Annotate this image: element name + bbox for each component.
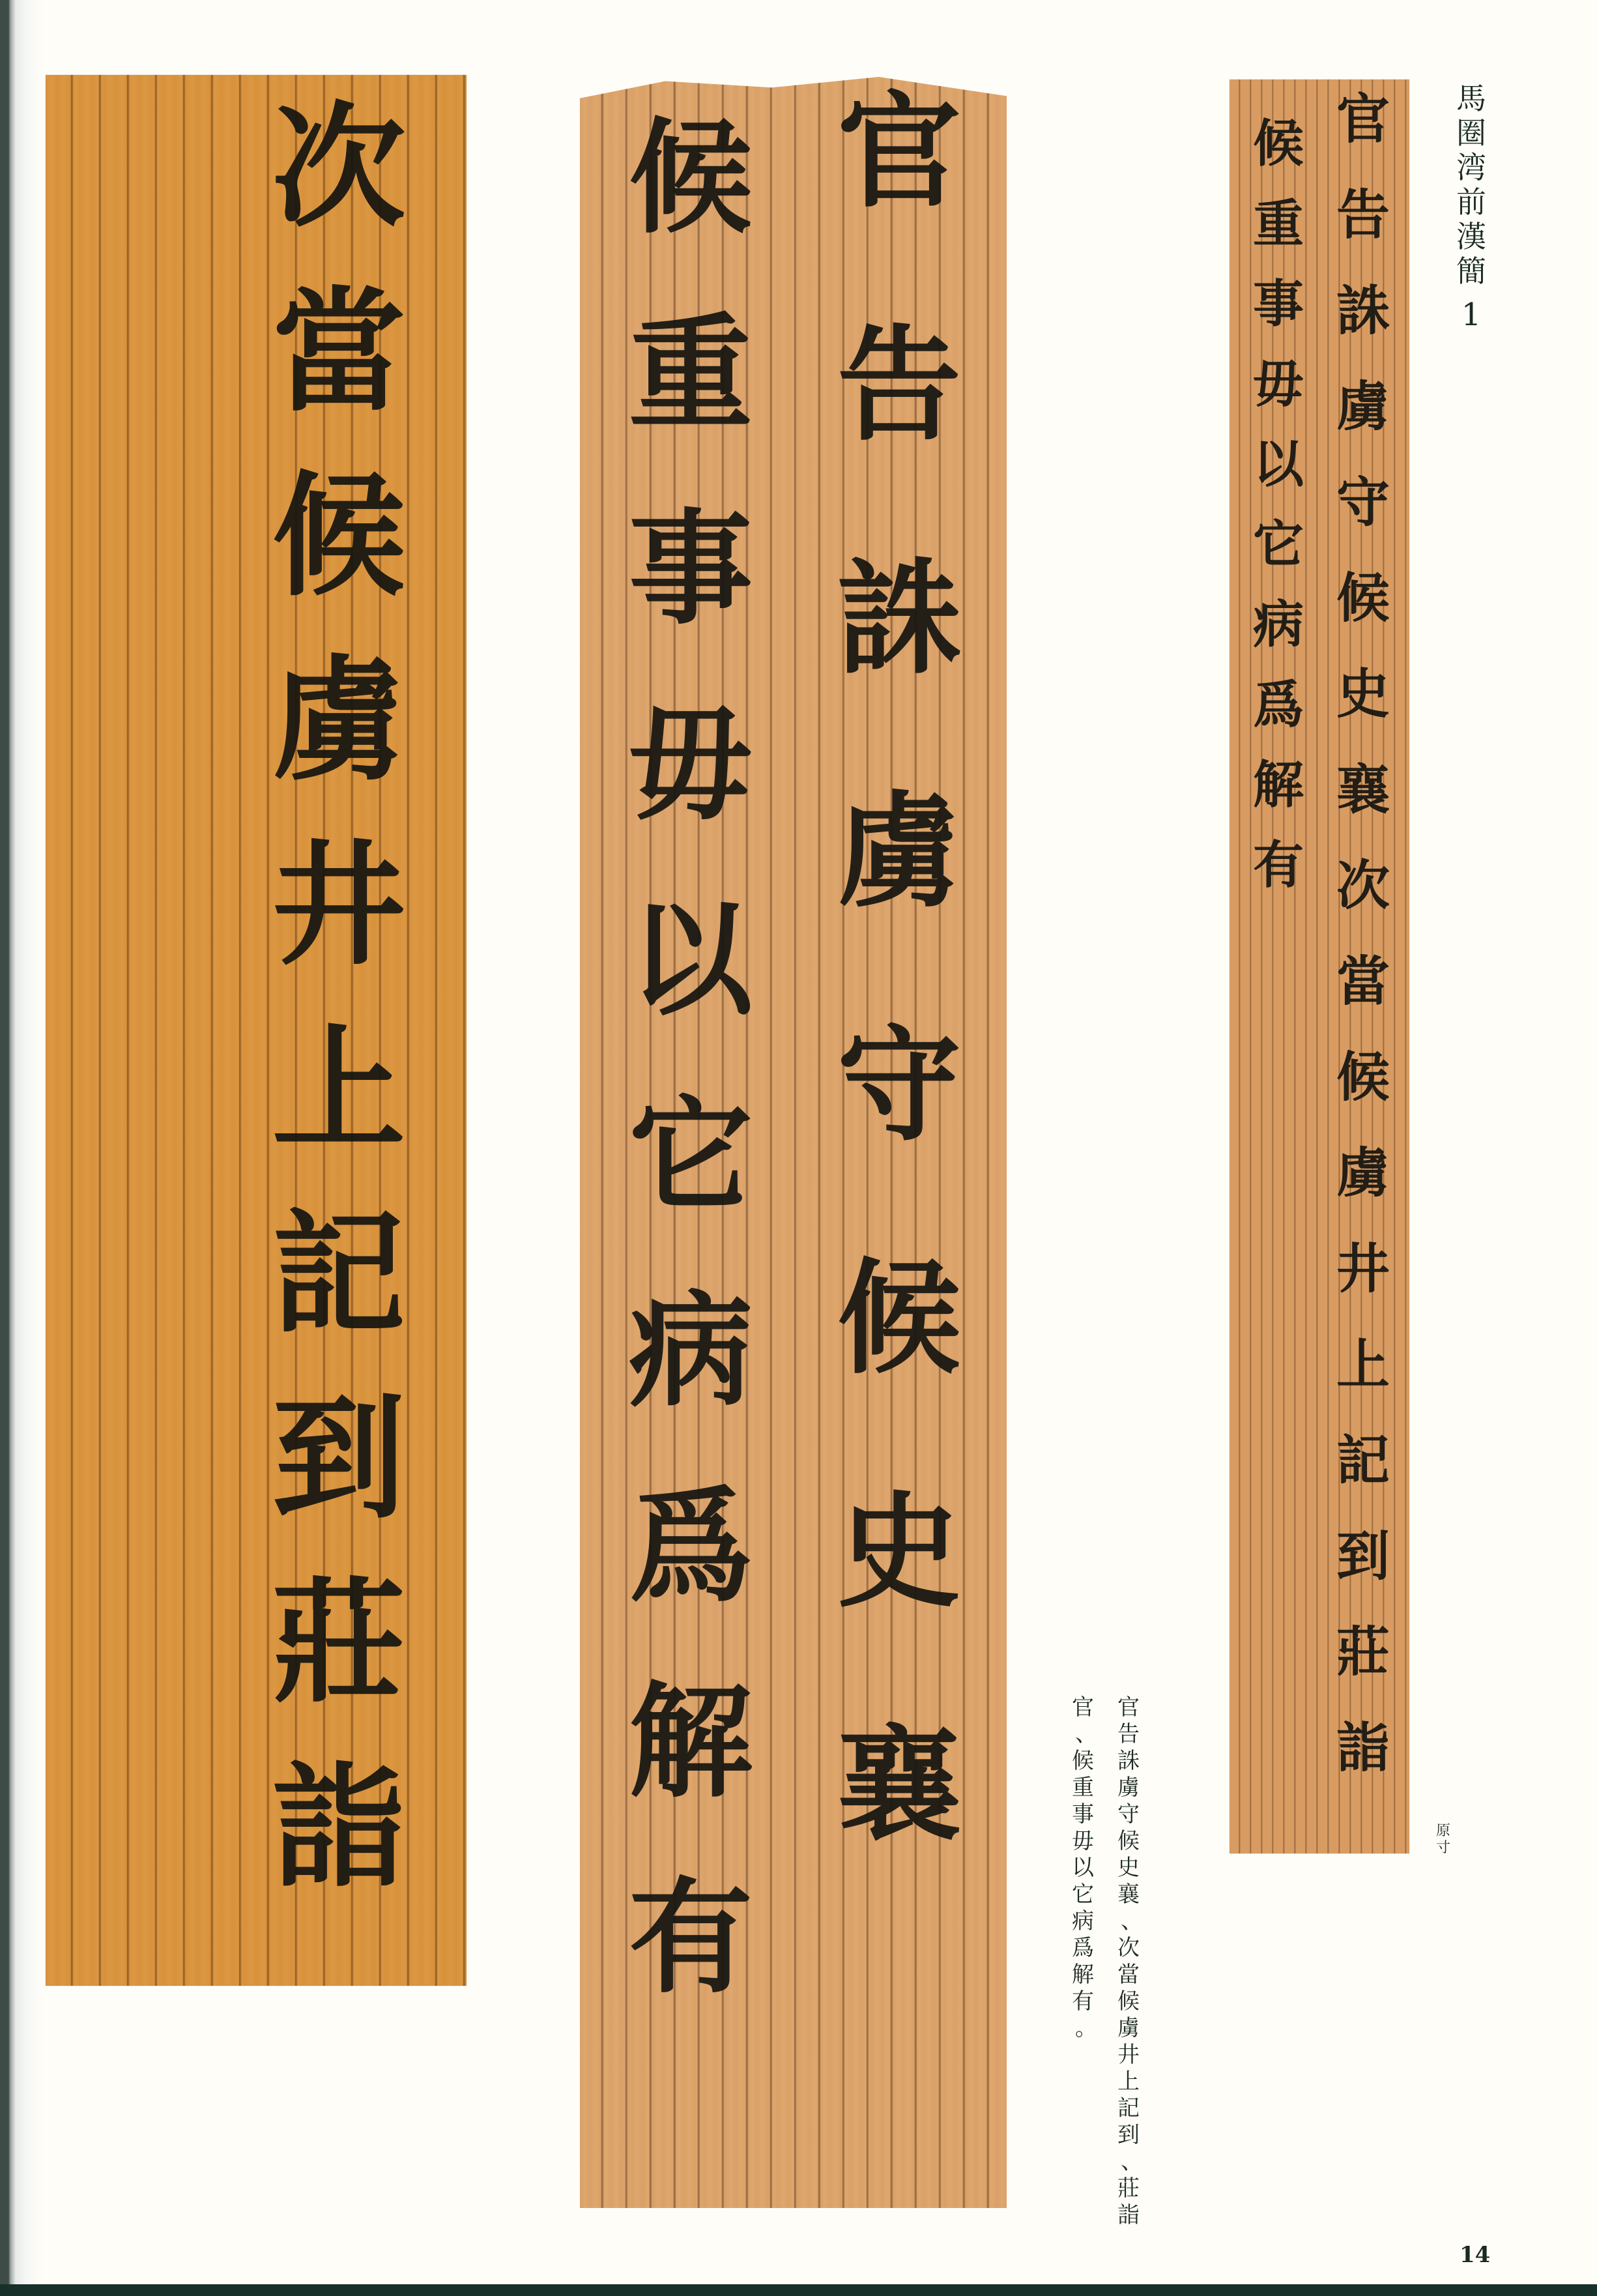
slip-char: 事 — [1253, 279, 1304, 330]
slip-char: 詣 — [272, 1761, 406, 1895]
title-char: 圈 — [1456, 116, 1486, 151]
slip-char: 以 — [629, 898, 753, 1022]
slip-char: 爲 — [629, 1485, 753, 1608]
caption-char: 上 — [1117, 2069, 1140, 2095]
slip-char: 告 — [1336, 188, 1390, 242]
slip-char: 到 — [272, 1392, 406, 1526]
slip-char: 毋 — [629, 703, 753, 826]
slip-char: 當 — [272, 285, 406, 419]
page-number: 14 — [1460, 2242, 1490, 2268]
caption-char: 襄 — [1117, 1882, 1140, 1908]
scan-edge-band — [0, 2284, 1597, 2296]
slip-char: 有 — [1253, 840, 1304, 891]
slip-char: 候 — [1336, 1051, 1390, 1104]
slip-char: 候 — [629, 116, 753, 240]
caption-char: 有 — [1072, 1988, 1094, 2015]
slip-char: 誅 — [1336, 284, 1390, 338]
wooden-slip-right-original-size: 官 告 誅 虜 守 候 史 襄 次 當 候 虜 井 上 記 到 莊 詣 候 重 … — [1230, 80, 1409, 1853]
slip-text-column-left: 候 重 事 毋 以 它 病 爲 解 有 — [1236, 119, 1321, 891]
slip-char: 有 — [629, 1876, 753, 1999]
slip-char: 次 — [1336, 859, 1390, 912]
title-char: 馬 — [1456, 81, 1486, 116]
slip-char: 候 — [1336, 572, 1390, 625]
caption-char: 到 — [1117, 2122, 1140, 2149]
slip-char: 虜 — [1336, 1146, 1390, 1200]
slip-char: 解 — [629, 1680, 753, 1804]
slip-char: 官 — [837, 90, 961, 214]
caption-char: 候 — [1117, 1828, 1140, 1855]
slip-char: 史 — [1336, 667, 1390, 721]
caption-char: 、 — [1114, 2149, 1143, 2175]
slip-text-column: 次 當 候 虜 井 上 記 到 莊 詣 — [241, 101, 437, 1895]
caption-char: 候 — [1072, 1748, 1094, 1775]
title-char: 湾 — [1456, 151, 1486, 185]
slip-char: 候 — [1253, 119, 1304, 169]
slip-char: 解 — [1253, 760, 1304, 811]
wooden-slip-left-enlarged: 次 當 候 虜 井 上 記 到 莊 詣 — [46, 75, 467, 1986]
slip-char: 誅 — [837, 557, 961, 680]
caption-char: 官 — [1117, 1694, 1140, 1721]
slip-char: 告 — [837, 323, 961, 447]
slip-char: 它 — [1253, 519, 1304, 570]
scale-note-original-size: 原 寸 — [1433, 1823, 1453, 1857]
caption-char: 次 — [1117, 1935, 1140, 1962]
caption-column-1: 官告誅虜守候史襄、次當候虜井上記到、莊詣 — [1115, 1694, 1142, 2229]
caption-char: 虜 — [1117, 2015, 1140, 2042]
caption-char: 莊 — [1117, 2175, 1140, 2202]
title-char: 漢 — [1456, 220, 1486, 254]
slip-char: 上 — [272, 1023, 406, 1157]
caption-char: 當 — [1117, 1962, 1140, 1988]
slip-char: 虜 — [1336, 380, 1390, 433]
slip-char: 爲 — [1253, 680, 1304, 731]
caption-char: 井 — [1117, 2042, 1140, 2069]
slip-char: 守 — [837, 1023, 961, 1147]
plate-number: 1 — [1452, 297, 1491, 333]
caption-char: 候 — [1117, 1988, 1140, 2015]
slip-char: 莊 — [272, 1577, 406, 1710]
caption-char: 記 — [1117, 2095, 1140, 2122]
slip-char: 襄 — [837, 1723, 961, 1847]
slip-char: 官 — [1336, 93, 1390, 146]
slip-char: 它 — [629, 1094, 753, 1217]
slip-char: 候 — [272, 470, 406, 603]
caption-char: 以 — [1072, 1855, 1094, 1882]
caption-char: 事 — [1072, 1801, 1094, 1828]
slip-char: 襄 — [1336, 763, 1390, 817]
title-char: 簡 — [1456, 254, 1486, 289]
slip-char: 事 — [629, 507, 753, 631]
caption-char: 爲 — [1072, 1935, 1094, 1962]
caption-char: 毋 — [1072, 1828, 1094, 1855]
slip-char: 病 — [629, 1289, 753, 1413]
slip-char: 重 — [1253, 199, 1304, 250]
slip-char: 史 — [837, 1490, 961, 1614]
caption-char: 它 — [1072, 1882, 1094, 1908]
slip-char: 當 — [1336, 955, 1390, 1008]
slip-text-column-right: 官 告 誅 虜 守 候 史 襄 次 當 候 虜 井 上 記 到 莊 詣 — [1321, 93, 1405, 1775]
slip-text-column-right: 官 告 誅 虜 守 候 史 襄 — [801, 90, 997, 1847]
page-title: 馬 圈 湾 前 漢 簡 — [1452, 81, 1491, 289]
scale-note-char: 原 — [1436, 1823, 1450, 1840]
slip-char: 上 — [1336, 1338, 1390, 1391]
slip-char: 以 — [1253, 439, 1304, 490]
caption-char: 。 — [1069, 2015, 1097, 2042]
caption-column-2: 官、候重事毋以它病爲解有。 — [1070, 1694, 1096, 2042]
caption-char: 官 — [1072, 1694, 1094, 1721]
slip-char: 虜 — [837, 790, 961, 914]
slip-char: 候 — [837, 1257, 961, 1380]
slip-char: 守 — [1336, 476, 1390, 529]
caption-char: 、 — [1114, 1908, 1143, 1935]
caption-char: 病 — [1072, 1908, 1094, 1935]
slip-char: 病 — [1253, 600, 1304, 650]
slip-char: 記 — [272, 1208, 406, 1341]
slip-char: 莊 — [1336, 1625, 1390, 1679]
slip-char: 次 — [272, 101, 406, 235]
slip-char: 虜 — [272, 654, 406, 788]
caption-char: 解 — [1072, 1962, 1094, 1988]
slip-char: 詣 — [1336, 1721, 1390, 1775]
slip-text-column-left: 候 重 事 毋 以 它 病 爲 解 有 — [593, 116, 788, 1999]
book-binding-shadow — [0, 0, 43, 2296]
caption-char: 史 — [1117, 1855, 1140, 1882]
caption-char: 、 — [1069, 1721, 1097, 1748]
caption-char: 虜 — [1117, 1775, 1140, 1801]
slip-char: 井 — [272, 839, 406, 972]
slip-char: 記 — [1336, 1434, 1390, 1487]
caption-char: 誅 — [1117, 1748, 1140, 1775]
slip-char: 到 — [1336, 1530, 1390, 1583]
slip-char: 井 — [1336, 1242, 1390, 1296]
scale-note-char: 寸 — [1436, 1840, 1450, 1857]
caption-char: 詣 — [1117, 2202, 1140, 2229]
caption-char: 守 — [1117, 1801, 1140, 1828]
caption-char: 重 — [1072, 1775, 1094, 1801]
slip-char: 毋 — [1253, 359, 1304, 410]
slip-char: 重 — [629, 312, 753, 435]
caption-char: 告 — [1117, 1721, 1140, 1748]
title-char: 前 — [1456, 185, 1486, 220]
wooden-slip-middle-enlarged: 官 告 誅 虜 守 候 史 襄 候 重 事 毋 以 它 病 爲 解 有 — [580, 77, 1007, 2208]
